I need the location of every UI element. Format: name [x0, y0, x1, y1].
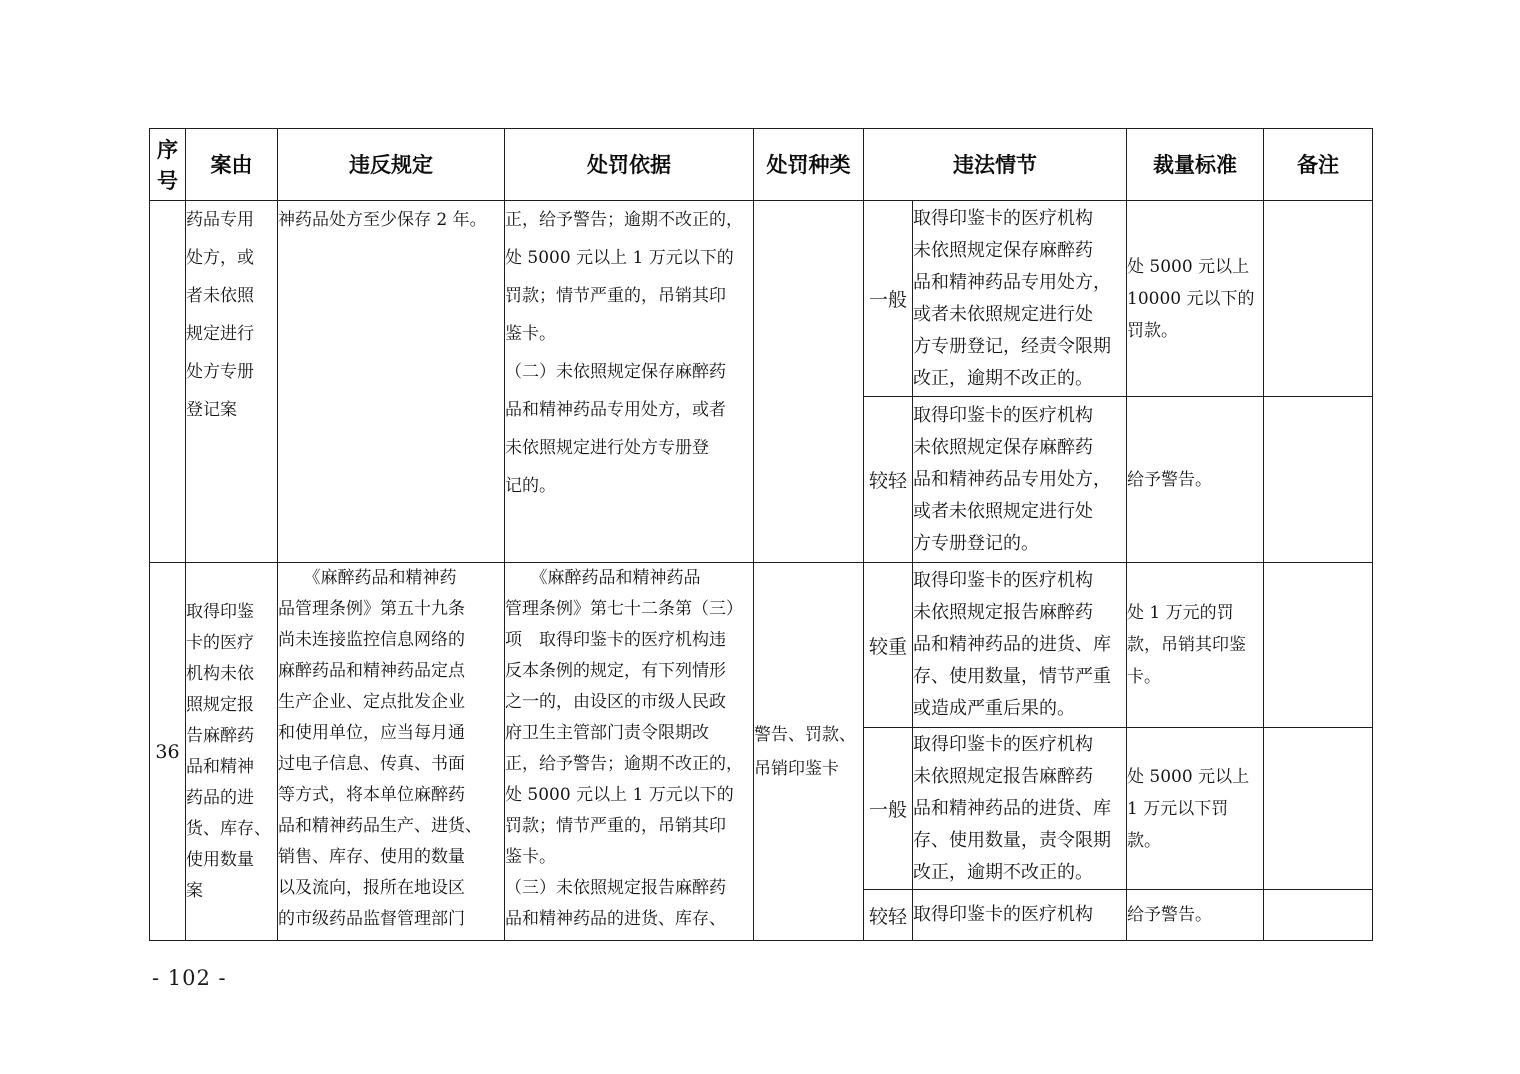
cell-row36-circumstance-severe: 取得印鉴卡的医疗机构 未依照规定报告麻醉药 品和精神药品的进货、库 存、使用数量… — [913, 563, 1127, 728]
cell-row36-penalty-type: 警告、罚款、 吊销印鉴卡 — [754, 563, 864, 941]
cell-row36-remark-general — [1264, 728, 1373, 890]
cell-row36-level-severe: 较重 — [864, 563, 913, 728]
table-row: 36 取得印鉴 卡的医疗 机构未依 照规定报 告麻醉药 品和精神 药品的进 货、… — [150, 563, 1373, 728]
cell-row36-penalty-basis: 《麻醉药品和精神药品 管理条例》第七十二条第（三） 项 取得印鉴卡的医疗机构违 … — [505, 563, 754, 941]
header-penalty-basis: 处罚依据 — [505, 129, 754, 201]
cell-row36-level-minor: 较轻 — [864, 890, 913, 941]
cell-row35-circumstance-general: 取得印鉴卡的医疗机构 未依照规定保存麻醉药 品和精神药品专用处方， 或者未依照规… — [913, 201, 1127, 397]
table-header-row: 序 号 案由 违反规定 处罚依据 处罚种类 违法情节 裁量标准 备注 — [150, 129, 1373, 201]
header-cause: 案由 — [186, 129, 278, 201]
cell-row36-circumstance-general: 取得印鉴卡的医疗机构 未依照规定报告麻醉药 品和精神药品的进货、库 存、使用数量… — [913, 728, 1127, 890]
table-row: 药品专用 处方，或 者未依照 规定进行 处方专册 登记案 神药品处方至少保存 2… — [150, 201, 1373, 397]
cell-row36-standard-general: 处 5000 元以上 1 万元以下罚 款。 — [1127, 728, 1264, 890]
cell-row35-standard-general: 处 5000 元以上 10000 元以下的 罚款。 — [1127, 201, 1264, 397]
cell-row36-circumstance-minor: 取得印鉴卡的医疗机构 — [913, 890, 1127, 941]
cell-row35-penalty-type — [754, 201, 864, 563]
cell-row36-violated-provision: 《麻醉药品和精神药 品管理条例》第五十九条 尚未连接监控信息网络的 麻醉药品和精… — [278, 563, 505, 941]
cell-row35-level-general: 一般 — [864, 201, 913, 397]
header-penalty-type: 处罚种类 — [754, 129, 864, 201]
header-remarks: 备注 — [1264, 129, 1373, 201]
cell-row35-remark-minor — [1264, 397, 1373, 563]
cell-row36-cause: 取得印鉴 卡的医疗 机构未依 照规定报 告麻醉药 品和精神 药品的进 货、库存、… — [186, 563, 278, 941]
page-number: - 102 - — [152, 966, 227, 990]
document-page: 序 号 案由 违反规定 处罚依据 处罚种类 违法情节 裁量标准 备注 药品专用 … — [0, 0, 1520, 1074]
cell-row35-index — [150, 201, 186, 563]
header-index: 序 号 — [150, 129, 186, 201]
header-violated-provision: 违反规定 — [278, 129, 505, 201]
cell-row35-penalty-basis: 正，给予警告；逾期不改正的， 处 5000 元以上 1 万元以下的 罚款；情节严… — [505, 201, 754, 563]
cell-row36-standard-minor: 给予警告。 — [1127, 890, 1264, 941]
cell-row35-circumstance-minor: 取得印鉴卡的医疗机构 未依照规定保存麻醉药 品和精神药品专用处方， 或者未依照规… — [913, 397, 1127, 563]
cell-row35-level-minor: 较轻 — [864, 397, 913, 563]
cell-row36-level-general: 一般 — [864, 728, 913, 890]
cell-row36-remark-minor — [1264, 890, 1373, 941]
cell-row35-remark-general — [1264, 201, 1373, 397]
header-discretion-standard: 裁量标准 — [1127, 129, 1264, 201]
cell-row35-cause: 药品专用 处方，或 者未依照 规定进行 处方专册 登记案 — [186, 201, 278, 563]
header-violation-circumstance: 违法情节 — [864, 129, 1127, 201]
penalty-table: 序 号 案由 违反规定 处罚依据 处罚种类 违法情节 裁量标准 备注 药品专用 … — [149, 128, 1373, 941]
cell-row36-standard-severe: 处 1 万元的罚 款，吊销其印鉴 卡。 — [1127, 563, 1264, 728]
cell-row35-violated-provision: 神药品处方至少保存 2 年。 — [278, 201, 505, 563]
cell-row36-remark-severe — [1264, 563, 1373, 728]
cell-row35-standard-minor: 给予警告。 — [1127, 397, 1264, 563]
cell-row36-index: 36 — [150, 563, 186, 941]
